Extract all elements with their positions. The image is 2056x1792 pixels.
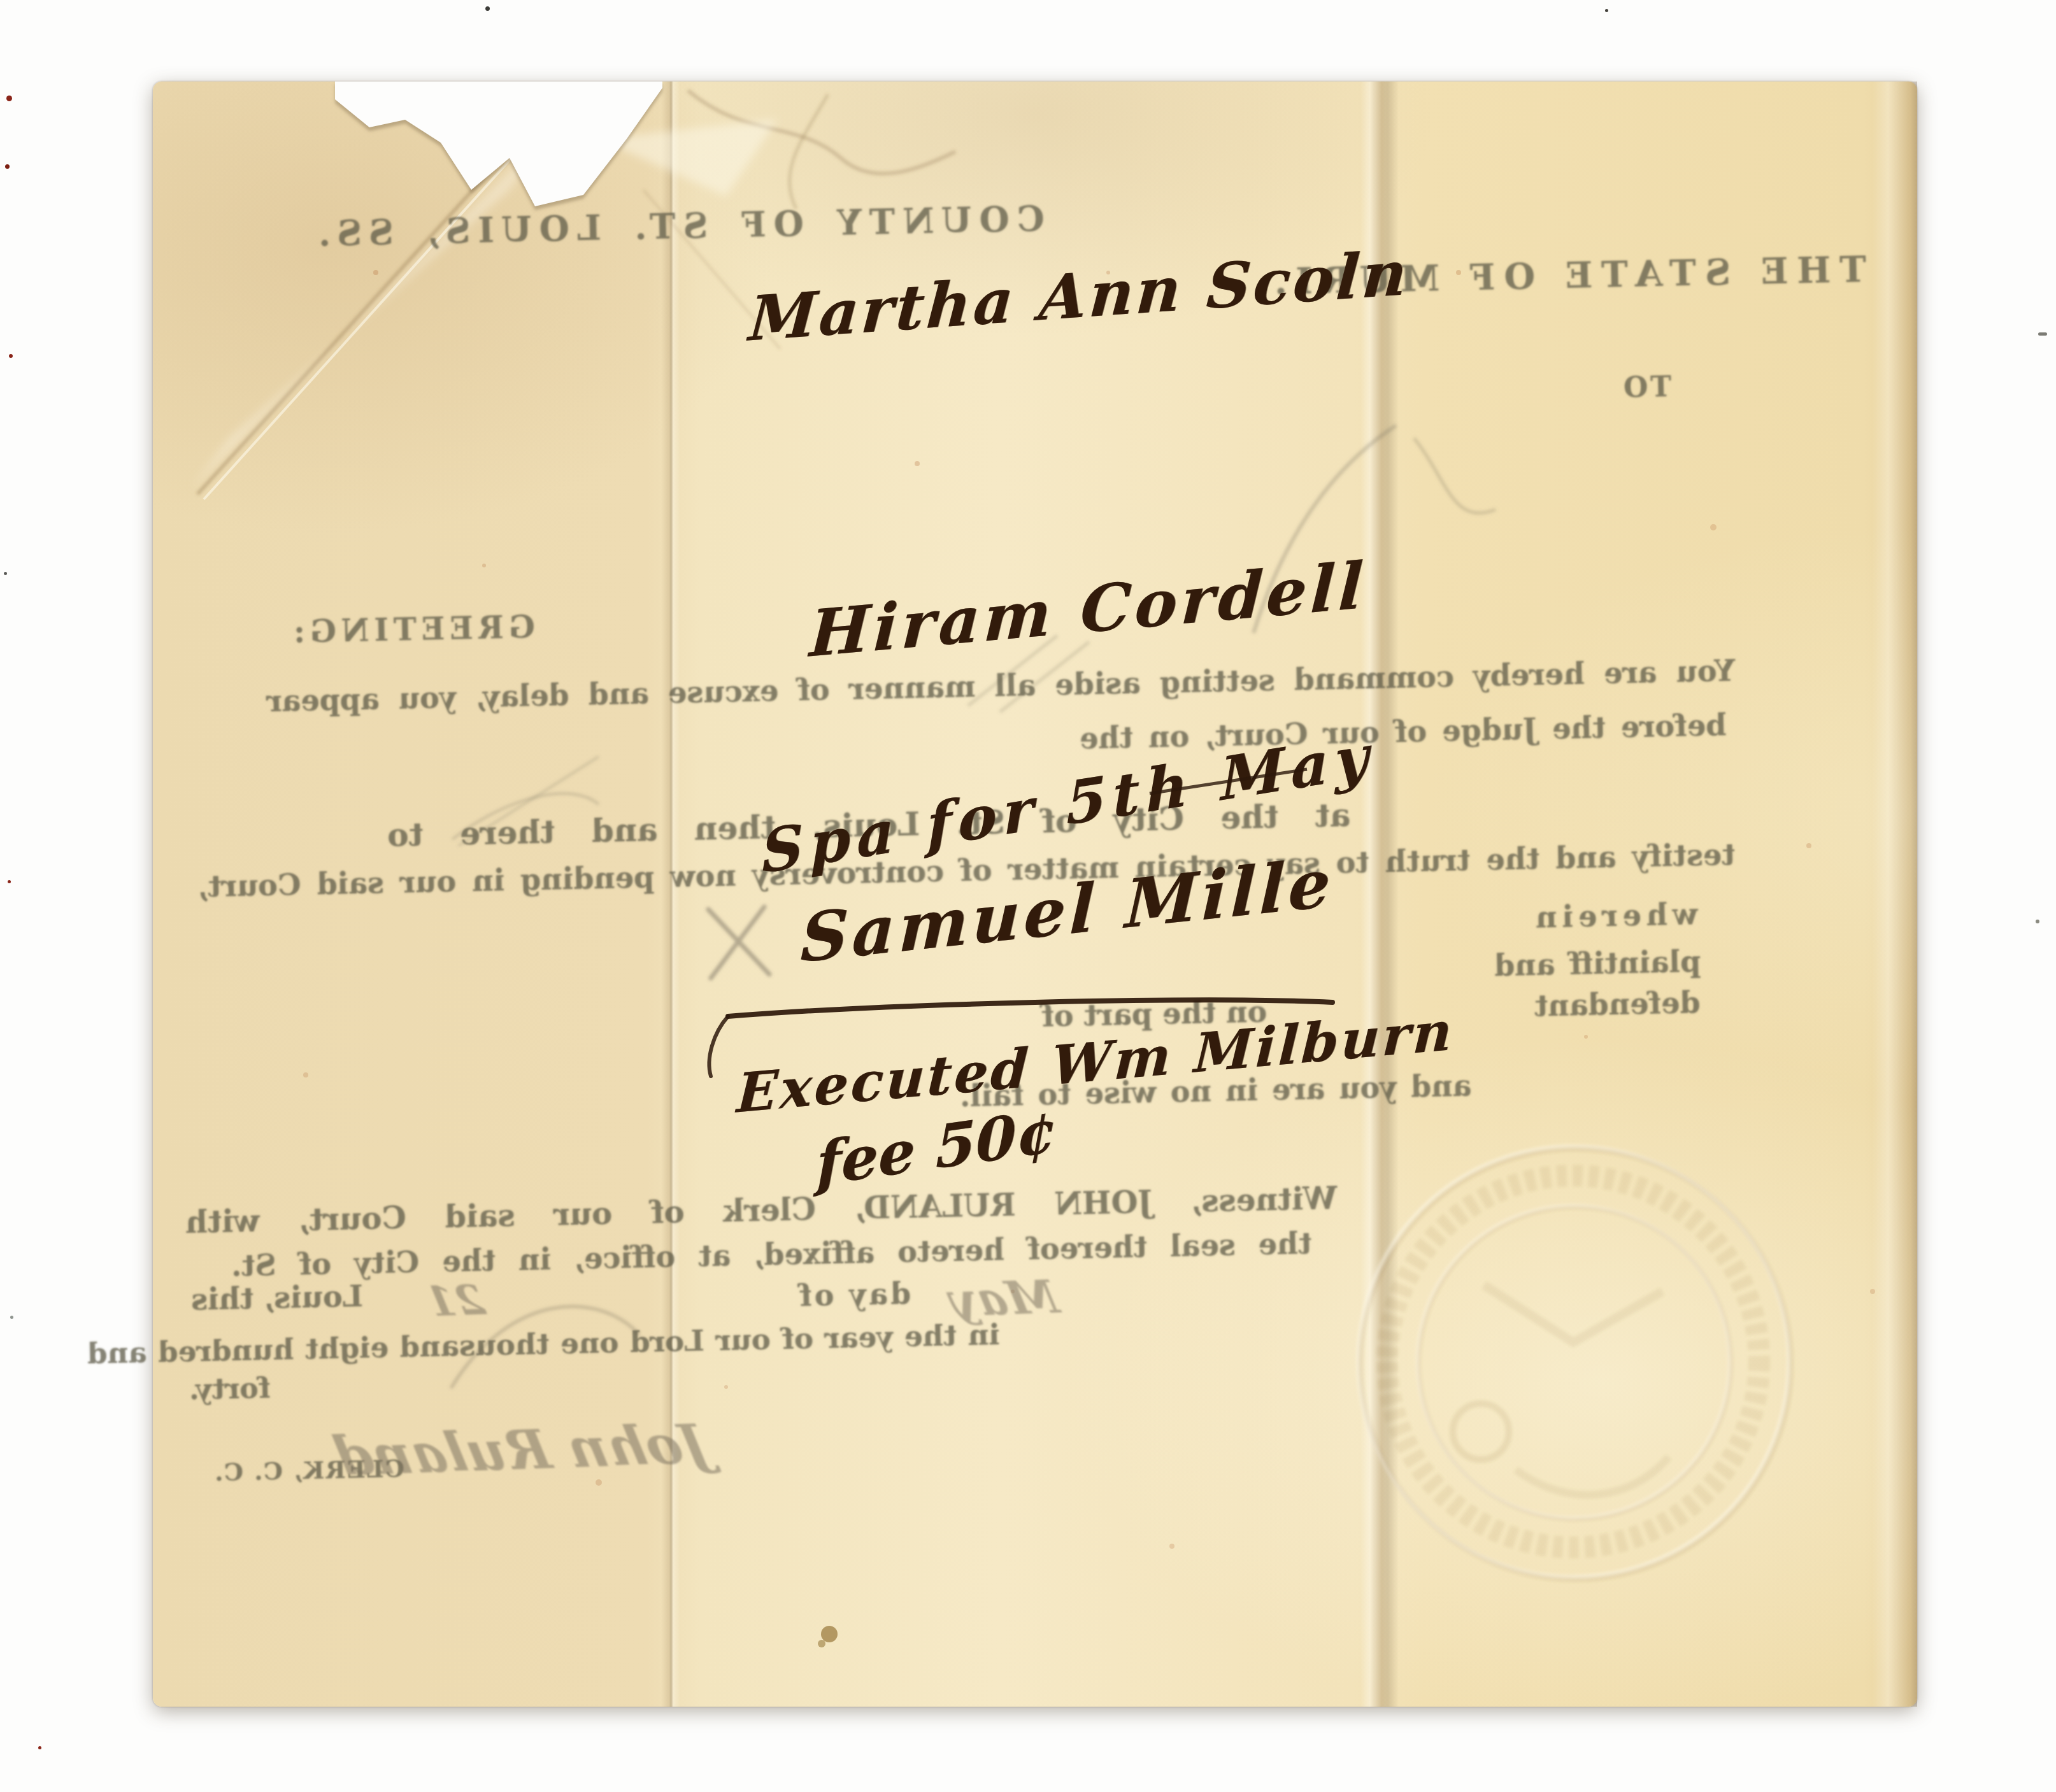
ink-rule-tail — [710, 1016, 728, 1076]
dust-speck — [8, 880, 11, 883]
bleed-command-line-2: before the Judge of our Court, on the — [1079, 708, 1726, 755]
tear-shadow — [335, 84, 662, 210]
dust-speck — [6, 96, 12, 101]
dust-speck — [5, 164, 10, 169]
bleed-wherein-label: wherein — [1531, 897, 1699, 934]
dust-speck — [38, 1746, 41, 1749]
folded-document-paper: COUNTY OF ST. LOUIS, SS. THE STATE OF MU… — [153, 82, 1917, 1707]
dust-speck — [4, 572, 7, 575]
corner-flap-sheen — [191, 120, 560, 489]
pencil-x-mark — [708, 907, 769, 978]
bleed-plaintiff-label: plaintiff and — [1494, 944, 1701, 983]
ghost-month-name: May — [945, 1269, 1063, 1326]
crumple-highlight — [599, 120, 777, 196]
bleed-command-line-1: You are hereby command setting aside all… — [266, 653, 1736, 718]
bleed-defendant-label: defendant — [1534, 985, 1701, 1023]
stain-blob — [821, 1626, 838, 1642]
ghost-clerk-signature: John Ruland — [329, 1412, 714, 1488]
bleed-louis-this-label: Louis, this — [191, 1279, 364, 1317]
dust-speck — [485, 6, 490, 11]
crumple-crease — [790, 94, 828, 209]
dust-speck — [1605, 9, 1608, 12]
handwritten-addressee-name: Martha Ann Scoln — [746, 236, 1411, 355]
bleed-forty-label: forty. — [189, 1372, 271, 1407]
diagonal-crease-highlight — [204, 98, 566, 499]
torn-corner — [335, 82, 662, 206]
ghost-day-number: 21 — [422, 1277, 489, 1326]
dust-speck — [9, 354, 13, 358]
scan-area: COUNTY OF ST. LOUIS, SS. THE STATE OF MU… — [0, 0, 2056, 1792]
fold-line-right — [1360, 82, 1399, 1707]
dust-speck — [10, 1316, 13, 1319]
bleed-greeting: GREETING: — [289, 609, 536, 650]
dust-speck — [2038, 332, 2047, 336]
embossed-court-seal — [1358, 1146, 1791, 1579]
dust-speck — [2036, 920, 2039, 923]
bleed-day-of-label: day of — [796, 1276, 911, 1313]
bleed-county-line: COUNTY OF ST. LOUIS, SS. — [311, 198, 1045, 254]
bleed-year-line: in the year of our Lord one thousand eig… — [87, 1318, 1000, 1370]
diagonal-crease-shadow — [197, 93, 560, 494]
paper-right-edge-shading — [1873, 82, 1917, 1707]
stain-blob — [818, 1640, 825, 1647]
crumple-crease — [688, 90, 955, 174]
handwritten-witness-name: Hiram Cordell — [808, 547, 1369, 671]
bleed-to-label: TO — [1620, 371, 1671, 404]
pencil-scribble-right — [1414, 438, 1496, 513]
